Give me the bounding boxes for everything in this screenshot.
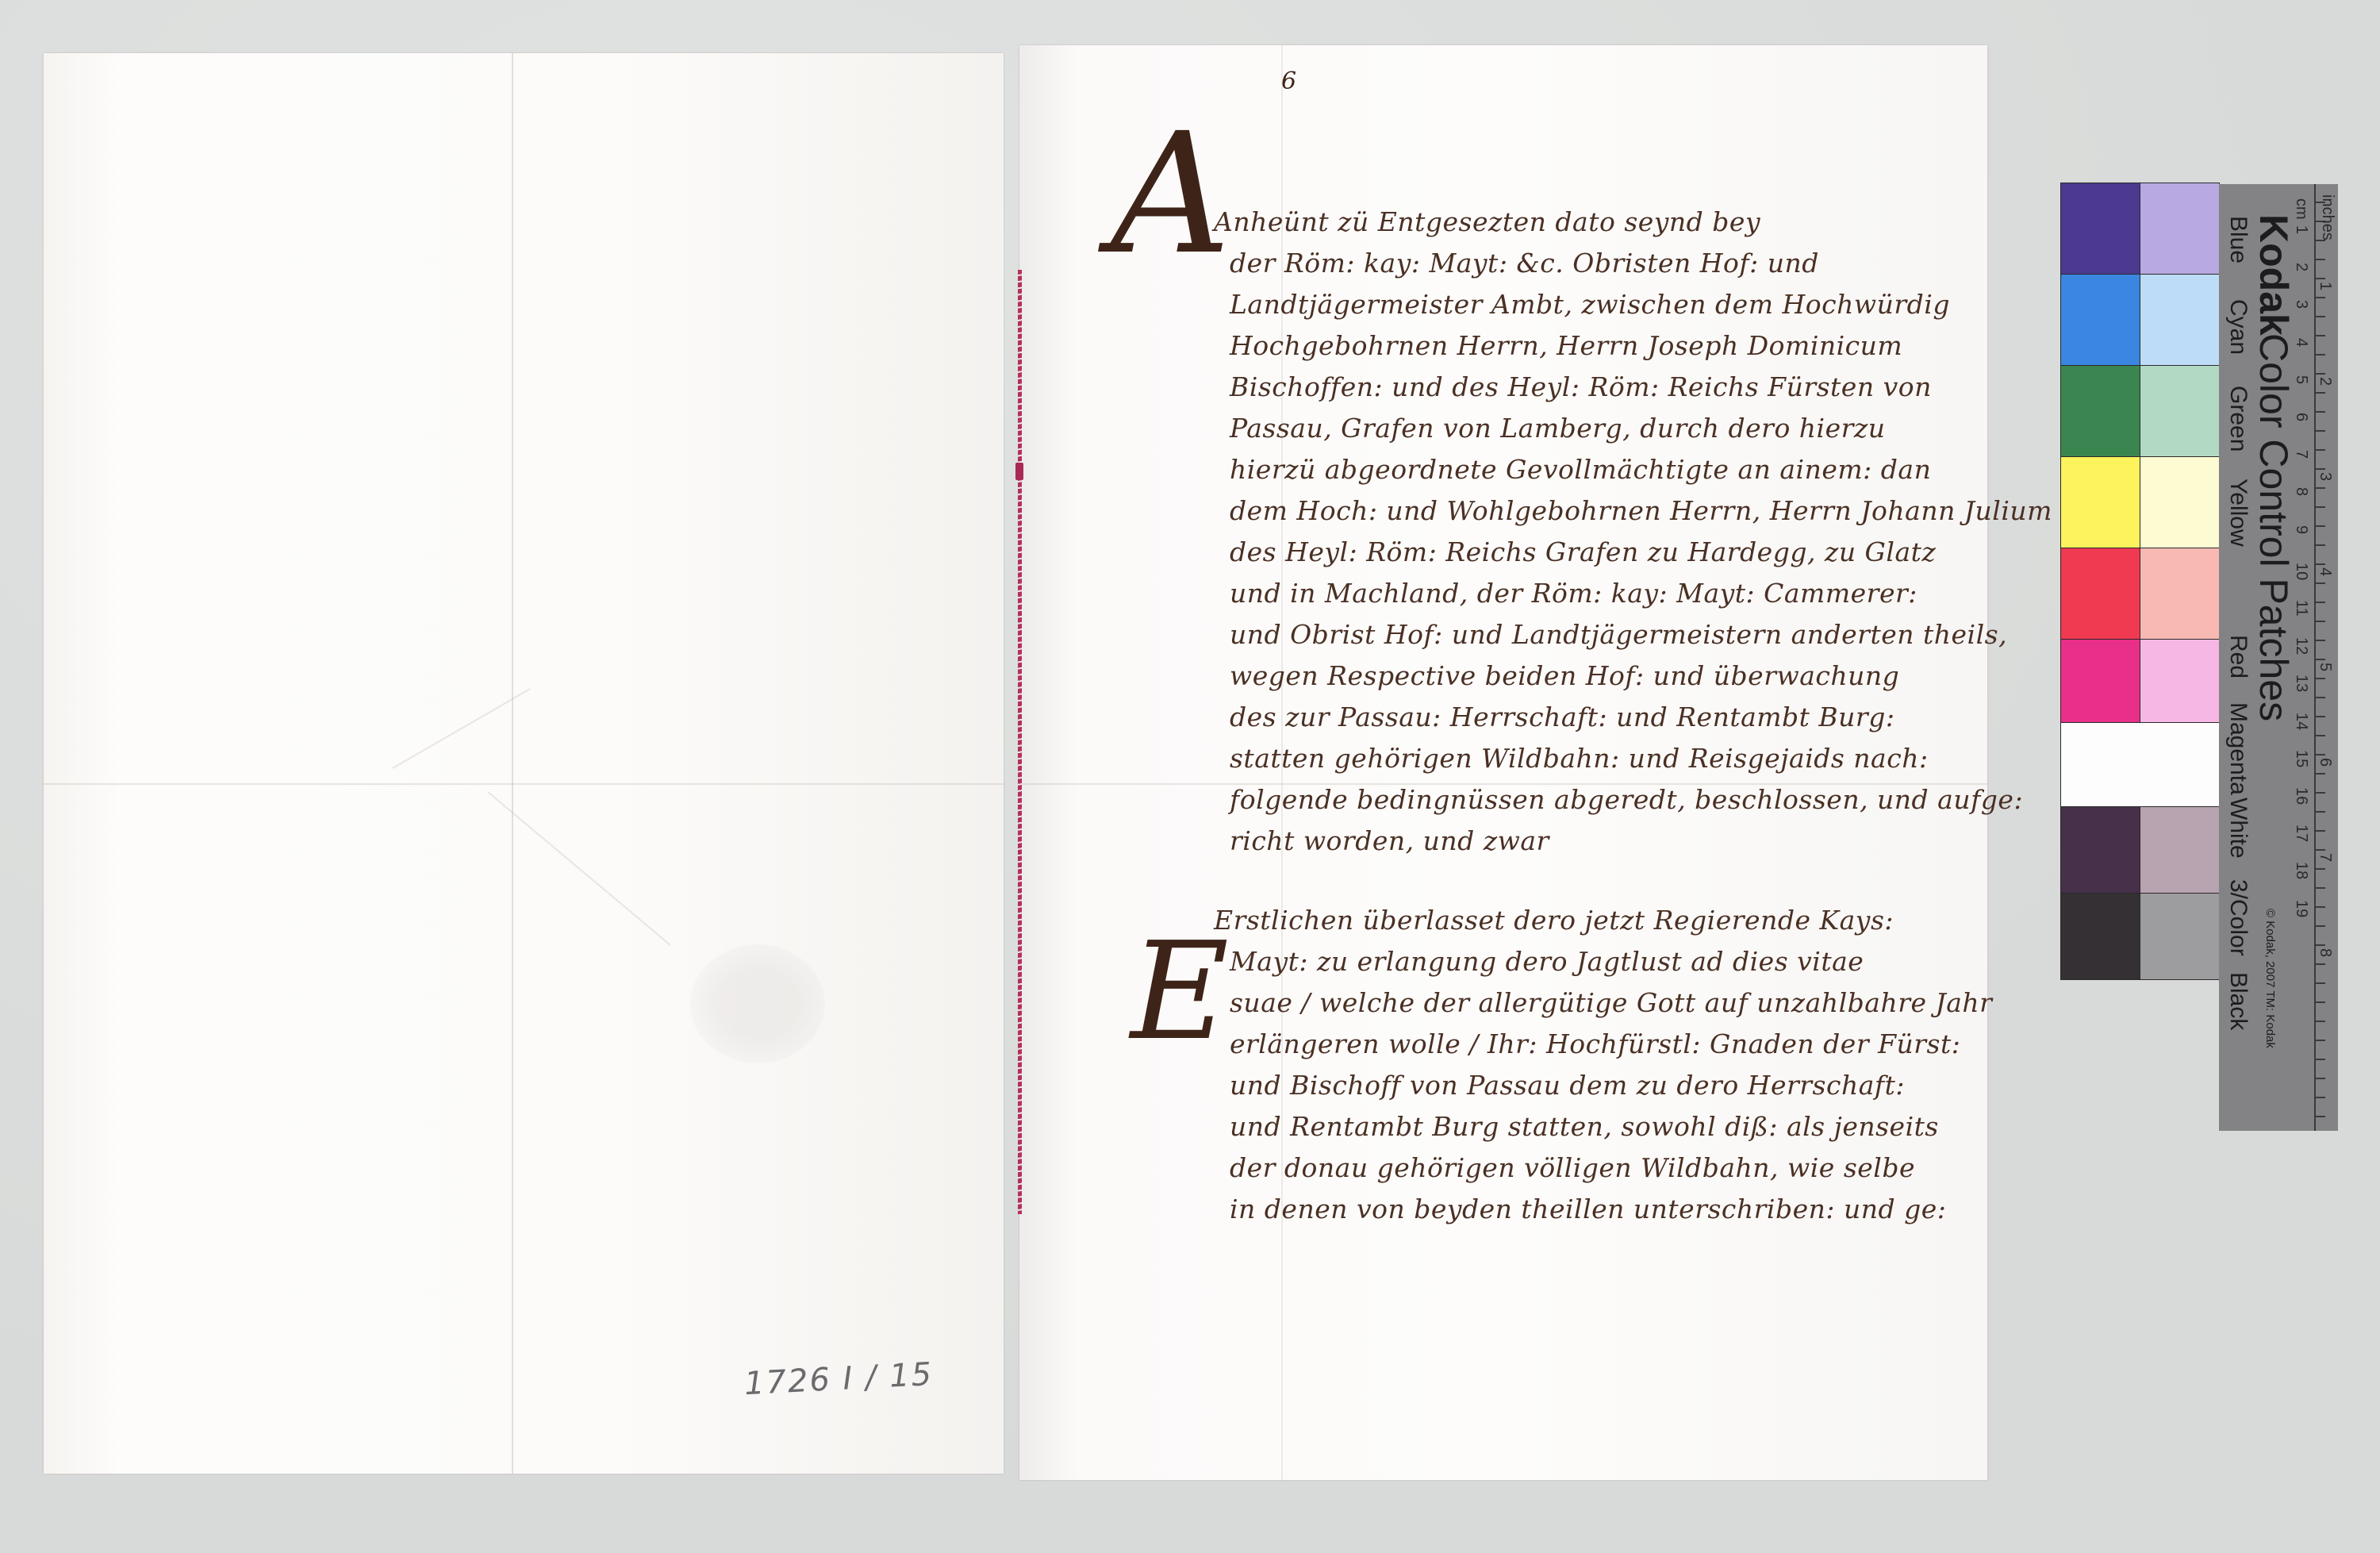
- vertical-fold-crease: [512, 53, 513, 1474]
- manuscript-line: folgende bedingnüssen abgeredt, beschlos…: [1230, 784, 2023, 815]
- patch-label: Yellow: [2225, 479, 2251, 547]
- inch-tick-label: 1: [2316, 282, 2334, 290]
- manuscript-line: und Bischoff von Passau dem zu dero Herr…: [1230, 1070, 1905, 1101]
- inch-tick-label: 3: [2316, 472, 2334, 481]
- manuscript-line: Passau, Grafen von Lamberg, durch dero h…: [1230, 413, 1886, 444]
- cm-tick-label: 7: [2292, 450, 2310, 459]
- manuscript-line: in denen von beyden theillen unterschrib…: [1230, 1194, 1946, 1224]
- kodak-logo: Kodak: [2251, 214, 2297, 336]
- cm-tick-label: 11: [2292, 600, 2310, 617]
- cm-tick-label: 3: [2292, 300, 2310, 309]
- copyright-notice: © Kodak, 2007 TM: Kodak: [2263, 909, 2277, 1048]
- cm-tick-label: 10: [2292, 563, 2310, 580]
- cm-tick-label: 4: [2292, 338, 2310, 347]
- manuscript-line: richt worden, und zwar: [1230, 825, 1549, 856]
- inch-tick-label: 5: [2316, 663, 2334, 671]
- manuscript-line: Landtjägermeister Ambt, zwischen dem Hoc…: [1230, 289, 1950, 320]
- decorated-initial: E: [1130, 924, 1229, 1059]
- cm-tick-label: 16: [2292, 787, 2310, 805]
- patch-label: Red: [2225, 635, 2251, 678]
- patch-magenta-light: [2140, 639, 2220, 723]
- cm-tick-label: 19: [2292, 900, 2310, 917]
- manuscript-line: Erstlichen überlasset dero jetzt Regiere…: [1214, 905, 1894, 936]
- horizontal-fold-crease: [44, 783, 1004, 785]
- binding-thread-knot: [1015, 463, 1023, 480]
- cm-tick-label: 2: [2292, 263, 2310, 271]
- patch-label: Blue: [2225, 216, 2251, 263]
- unit-label-cm: cm: [2292, 198, 2310, 220]
- manuscript-line: und in Machland, der Röm: kay: Mayt: Cam…: [1230, 578, 1917, 609]
- patch-label: Black: [2225, 972, 2251, 1030]
- manuscript-line: Mayt: zu erlangung dero Jagtlust ad dies…: [1230, 946, 1864, 977]
- binding-thread: [1018, 270, 1022, 1214]
- folio-mark: 6: [1281, 67, 1296, 95]
- manuscript-line: Hochgebohrnen Herrn, Herrn Joseph Domini…: [1230, 330, 1902, 361]
- patch-green-light: [2140, 365, 2220, 457]
- ruler-tick-marks: [2314, 184, 2340, 1131]
- manuscript-line: hierzü abgeordnete Gevollmächtigte an ai…: [1230, 454, 1931, 485]
- patch-3color-dark: [2060, 806, 2140, 894]
- cm-tick-label: 8: [2292, 487, 2310, 496]
- manuscript-line: des Heyl: Röm: Reichs Grafen zu Hardegg,…: [1230, 536, 1936, 567]
- manuscript-line: der Röm: kay: Mayt: &c. Obristen Hof: un…: [1230, 248, 1819, 279]
- manuscript-line: Bischoffen: und des Heyl: Röm: Reichs Fü…: [1230, 371, 1932, 402]
- patch-red-dark: [2060, 548, 2140, 640]
- inch-tick-label: 7: [2316, 853, 2334, 862]
- manuscript-line: Anheünt zü Entgesezten dato seynd bey: [1214, 206, 1760, 237]
- patch-black-dark: [2060, 893, 2140, 980]
- patch-yellow-dark: [2060, 456, 2140, 548]
- cm-tick-label: 13: [2292, 675, 2310, 692]
- patch-magenta-dark: [2060, 639, 2140, 723]
- cm-tick-label: 1: [2292, 225, 2310, 234]
- diagonal-crease: [487, 791, 670, 945]
- cm-tick-label: 17: [2292, 825, 2310, 842]
- inch-tick-label: 4: [2316, 567, 2334, 576]
- patch-label: Cyan: [2225, 299, 2251, 355]
- manuscript-line: und Obrist Hof: und Landtjägermeistern a…: [1230, 619, 2007, 650]
- decorated-initial: A: [1111, 111, 1231, 278]
- cm-tick-label: 14: [2292, 713, 2310, 730]
- manuscript-line: und Rentambt Burg statten, sowohl diß: a…: [1230, 1111, 1939, 1142]
- patch-blue-light: [2140, 183, 2220, 275]
- manuscript-line: dem Hoch: und Wohlgebohrnen Herrn, Herrn…: [1230, 495, 2052, 526]
- cm-tick-label: 15: [2292, 750, 2310, 767]
- patch-blue-dark: [2060, 183, 2140, 275]
- manuscript-line: des zur Passau: Herrschaft: und Rentambt…: [1230, 702, 1894, 732]
- diagonal-crease: [393, 688, 531, 769]
- manuscript-line: statten gehörigen Wildbahn: und Reisgeja…: [1230, 743, 1929, 774]
- patch-label: Magenta: [2225, 702, 2251, 795]
- patch-cyan-light: [2140, 274, 2220, 366]
- cm-tick-label: 9: [2292, 525, 2310, 534]
- patch-cyan-dark: [2060, 274, 2140, 366]
- card-title: Color Control Patches: [2251, 333, 2297, 721]
- inch-tick-label: 8: [2316, 948, 2334, 957]
- unit-label-inches: inches: [2318, 194, 2336, 240]
- inch-tick-label: 6: [2316, 758, 2334, 767]
- patch-3color-light: [2140, 806, 2220, 894]
- inch-tick-label: 2: [2316, 377, 2334, 386]
- left-page: [44, 53, 1004, 1474]
- patch-black-light: [2140, 893, 2220, 980]
- cm-tick-label: 18: [2292, 862, 2310, 879]
- cm-tick-label: 6: [2292, 413, 2310, 421]
- patch-red-light: [2140, 548, 2220, 640]
- patch-label: White: [2225, 798, 2251, 859]
- patch-label: Green: [2225, 386, 2251, 452]
- manuscript-line: der donau gehörigen völligen Wildbahn, w…: [1230, 1152, 1915, 1183]
- manuscript-line: erlängeren wolle / Ihr: Hochfürstl: Gnad…: [1230, 1028, 1960, 1059]
- patch-green-dark: [2060, 365, 2140, 457]
- manuscript-line: wegen Respective beiden Hof: und überwac…: [1230, 660, 1899, 691]
- cm-tick-label: 5: [2292, 375, 2310, 384]
- cm-tick-label: 12: [2292, 637, 2310, 655]
- faint-seal-stamp: [690, 944, 825, 1063]
- patch-yellow-light: [2140, 456, 2220, 548]
- patch-label: 3/Color: [2225, 879, 2251, 956]
- manuscript-line: suae / welche der allergütige Gott auf u…: [1230, 987, 1992, 1018]
- patch-white: [2060, 722, 2220, 807]
